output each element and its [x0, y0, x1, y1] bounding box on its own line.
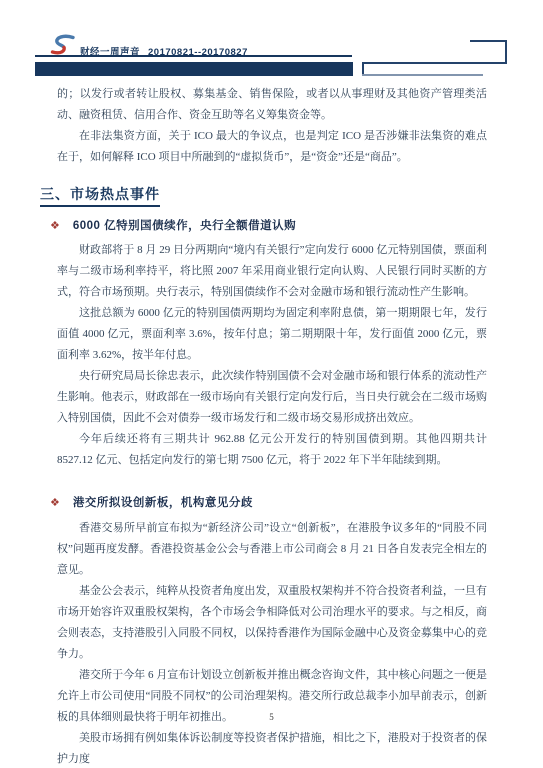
header-rule-line — [35, 55, 352, 57]
topic-paragraph: 财政部将于 8 月 29 日分两期向“境内有关银行”定向发行 6000 亿元特别… — [57, 240, 487, 303]
diamond-bullet-icon: ❖ — [50, 218, 60, 234]
topic-title-text: 港交所拟设创新板，机构意见分歧 — [73, 495, 253, 511]
topic-paragraph: 美股市场拥有例如集体诉讼制度等投资者保护措施，相比之下，港股对于投资者的保护力度 — [57, 728, 487, 768]
topic-paragraph: 今年后续还将有三期共计 962.88 亿元公开发行的特别国债到期。其他四期共计 … — [57, 429, 487, 471]
topic-heading: ❖ 港交所拟设创新板，机构意见分歧 — [50, 495, 487, 511]
intro-paragraph: 在非法集资方面，关于 ICO 最大的争议点，也是判定 ICO 是否涉嫌非法集资的… — [57, 126, 487, 168]
topic-paragraph: 这批总额为 6000 亿元的特别国债两期均为固定利率附息债，第一期期限七年，发行… — [57, 303, 487, 366]
header-navy-bar — [35, 62, 353, 76]
topic-paragraph: 香港交易所早前宣布拟为“新经济公司”设立“创新板”，在港股争议多年的“同股不同权… — [57, 518, 487, 581]
document-body: 的；以发行或者转让股权、募集基金、销售保险，或者以从事理财及其他资产管理类活动、… — [57, 84, 487, 768]
header-deco-gray-line — [362, 74, 483, 76]
topic-heading: ❖ 6000 亿特别国债续作，央行全额借道认购 — [50, 218, 487, 234]
page-footer: 5 — [0, 712, 543, 722]
header-deco-box-top-line — [470, 40, 507, 42]
topic-paragraph: 基金公会表示，纯粹从投资者角度出发，双重股权架构并不符合投资者利益，一旦有市场开… — [57, 581, 487, 665]
page-number: 5 — [269, 712, 274, 722]
header-deco-box-right-line — [505, 40, 507, 64]
section-heading: 三、市场热点事件 — [40, 185, 160, 207]
header-deco-box-bottom-line — [362, 62, 507, 64]
intro-paragraph: 的；以发行或者转让股权、募集基金、销售保险，或者以从事理财及其他资产管理类活动、… — [57, 84, 487, 126]
topic-paragraph: 央行研究局局长徐忠表示，此次续作特别国债不会对金融市场和银行体系的流动性产生影响… — [57, 366, 487, 429]
document-page: 财经一周声音 20170821--20170827 的；以发行或者转让股权、募集… — [0, 0, 543, 768]
diamond-bullet-icon: ❖ — [50, 495, 60, 511]
topic-title-text: 6000 亿特别国债续作，央行全额借道认购 — [73, 218, 296, 234]
